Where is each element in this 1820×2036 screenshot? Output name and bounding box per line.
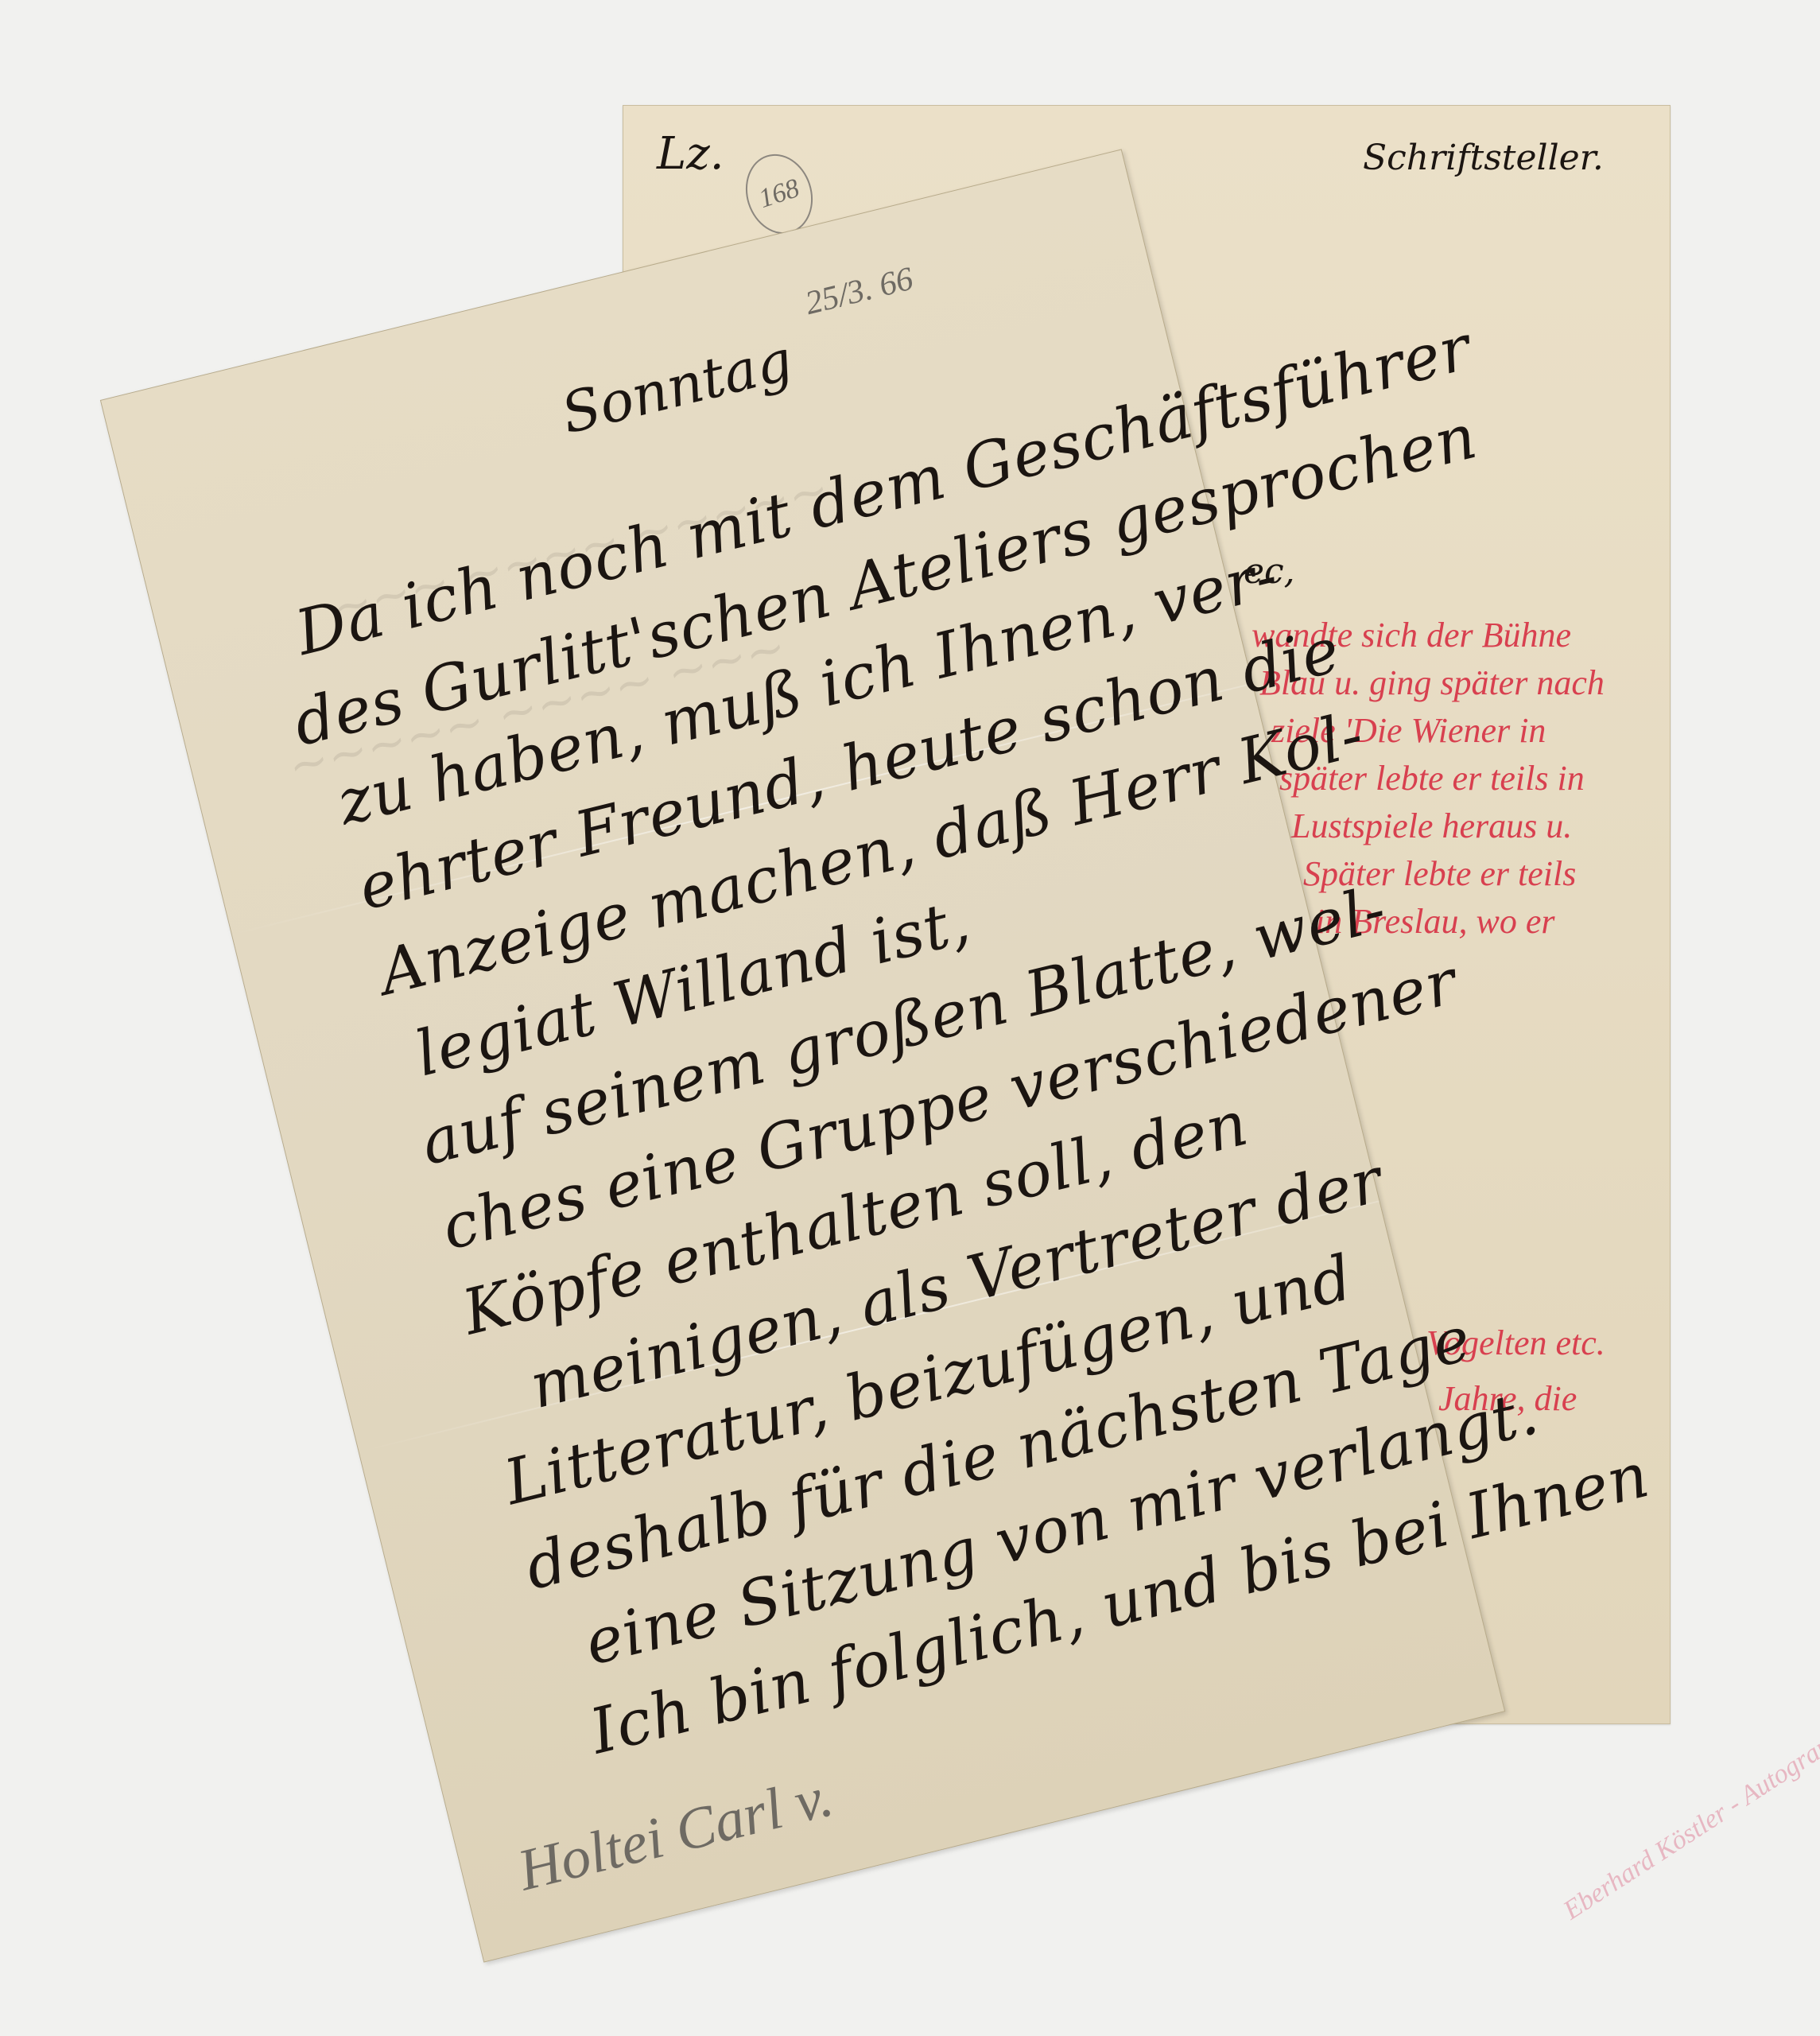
archive-number: 168: [755, 173, 803, 215]
red-line: Lustspiele heraus u.: [1291, 806, 1572, 846]
back-heading: Schriftsteller.: [1363, 138, 1604, 178]
pencil-attribution: Holtei Carl v.: [511, 1762, 839, 1905]
pencil-date: 25/3. 66: [801, 260, 917, 323]
front-letter-sheet: ~~~ ~~~~ ~~~~~ ~~~~~ ~~~~ ~~~ Sonntag 25…: [100, 149, 1505, 1962]
letter-heading: Sonntag: [555, 327, 798, 446]
top-left-mark: Lz.: [657, 128, 724, 180]
